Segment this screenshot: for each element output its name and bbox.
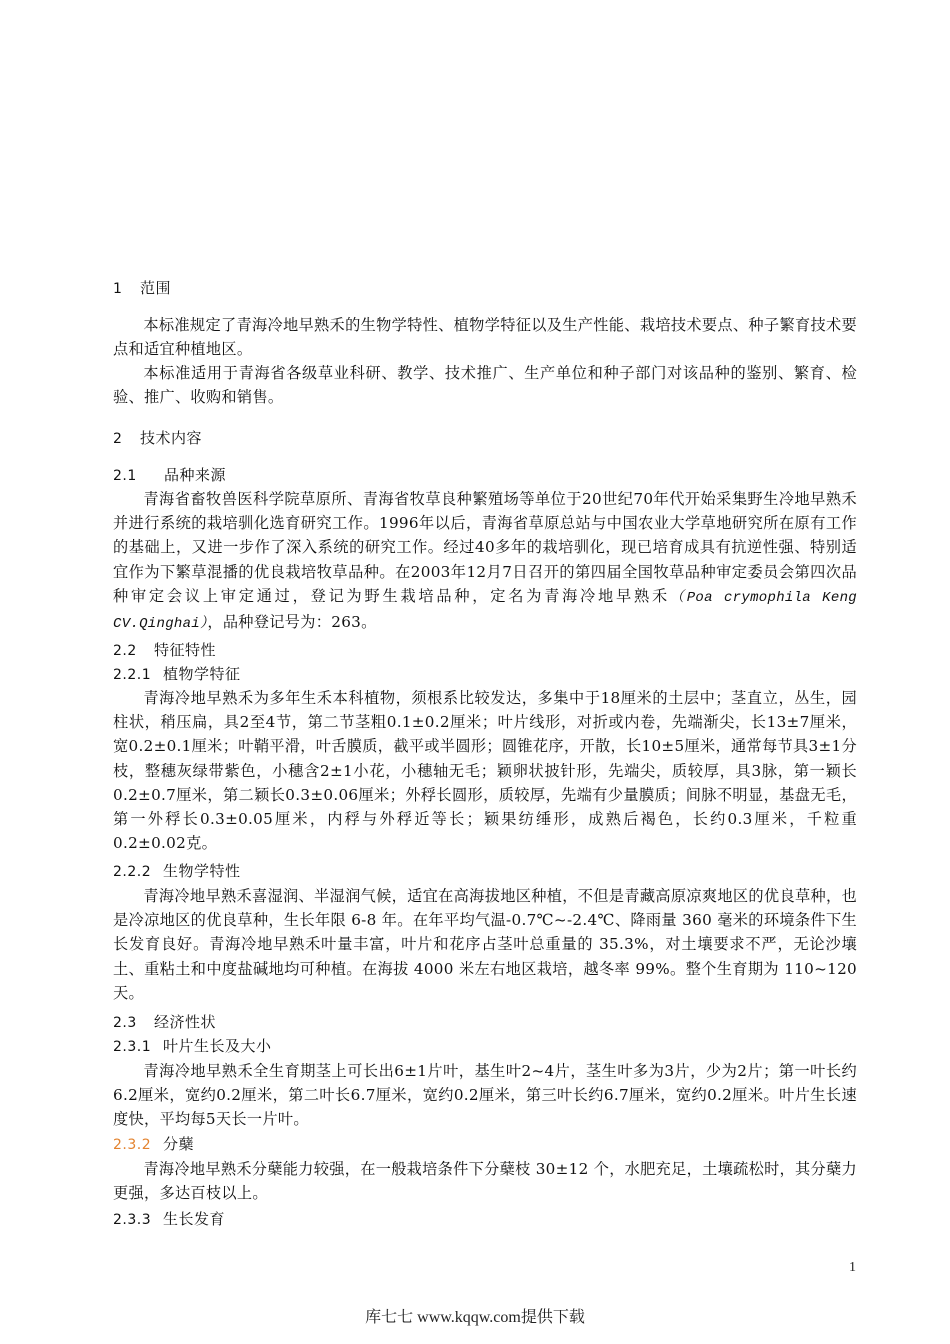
heading-2-1: 2.1品种来源: [113, 465, 226, 486]
page-number: 1: [849, 1260, 856, 1276]
heading-number: 2.3: [113, 1013, 154, 1033]
heading-title: 品种来源: [164, 465, 226, 485]
heading-title: 范围: [140, 278, 171, 298]
heading-title: 植物学特征: [163, 664, 241, 684]
heading-number: 2.2.1: [113, 665, 163, 685]
footer-watermark: 库七七 www.kqqw.com提供下载: [0, 1304, 950, 1327]
heading-title: 特征特性: [154, 640, 216, 660]
heading-title: 叶片生长及大小: [163, 1036, 272, 1056]
heading-number: 2.3.1: [113, 1037, 163, 1057]
paragraph-biological-traits: 青海冷地早熟禾喜湿润、半湿润气候，适宜在高海拔地区种植，不但是青藏高原凉爽地区的…: [113, 884, 857, 1005]
paragraph-scope-2: 本标准适用于青海省各级草业科研、教学、技术推广、生产单位和种子部门对该品种的鉴别…: [113, 361, 857, 409]
heading-number: 2.2.2: [113, 862, 163, 882]
heading-2-2: 2.2特征特性: [113, 640, 216, 661]
heading-2: 2技术内容: [113, 428, 202, 449]
heading-number: 1: [113, 279, 140, 299]
heading-title: 生物学特性: [163, 861, 241, 881]
heading-number: 2.3.3: [113, 1210, 163, 1230]
heading-title: 分蘖: [163, 1134, 194, 1154]
heading-number: 2.3.2: [113, 1135, 163, 1155]
paragraph-botanical-features: 青海冷地早熟禾为多年生禾本科植物，须根系比较发达，多集中于18厘米的土层中；茎直…: [113, 686, 857, 855]
heading-number: 2: [113, 429, 140, 449]
heading-2-2-1: 2.2.1植物学特征: [113, 664, 241, 685]
paragraph-tillering: 青海冷地早熟禾分蘖能力较强，在一般栽培条件下分蘖枝 30±12 个，水肥充足，土…: [113, 1157, 857, 1205]
heading-title: 经济性状: [154, 1012, 216, 1032]
text: ，品种登记号为：263。: [207, 613, 376, 631]
heading-1: 1范围: [113, 278, 171, 299]
paragraph-leaf-growth: 青海冷地早熟禾全生育期茎上可长出6±1片叶，基生叶2~4片，茎生叶多为3片，少为…: [113, 1059, 857, 1132]
heading-2-3-1: 2.3.1叶片生长及大小: [113, 1036, 272, 1057]
heading-title: 技术内容: [140, 428, 202, 448]
heading-2-3-2: 2.3.2分蘖: [113, 1134, 194, 1155]
heading-2-3-3: 2.3.3生长发育: [113, 1209, 225, 1230]
heading-2-2-2: 2.2.2生物学特性: [113, 861, 241, 882]
text: 青海省畜牧兽医科学院草原所、青海省牧草良种繁殖场等单位于20世纪70年代开始采集…: [113, 490, 857, 605]
paragraph-variety-source: 青海省畜牧兽医科学院草原所、青海省牧草良种繁殖场等单位于20世纪70年代开始采集…: [113, 487, 857, 636]
heading-title: 生长发育: [163, 1209, 225, 1229]
heading-2-3: 2.3经济性状: [113, 1012, 216, 1033]
heading-number: 2.1: [113, 466, 164, 486]
heading-number: 2.2: [113, 641, 154, 661]
paragraph-scope-1: 本标准规定了青海冷地早熟禾的生物学特性、植物学特征以及生产性能、栽培技术要点、种…: [113, 313, 857, 361]
